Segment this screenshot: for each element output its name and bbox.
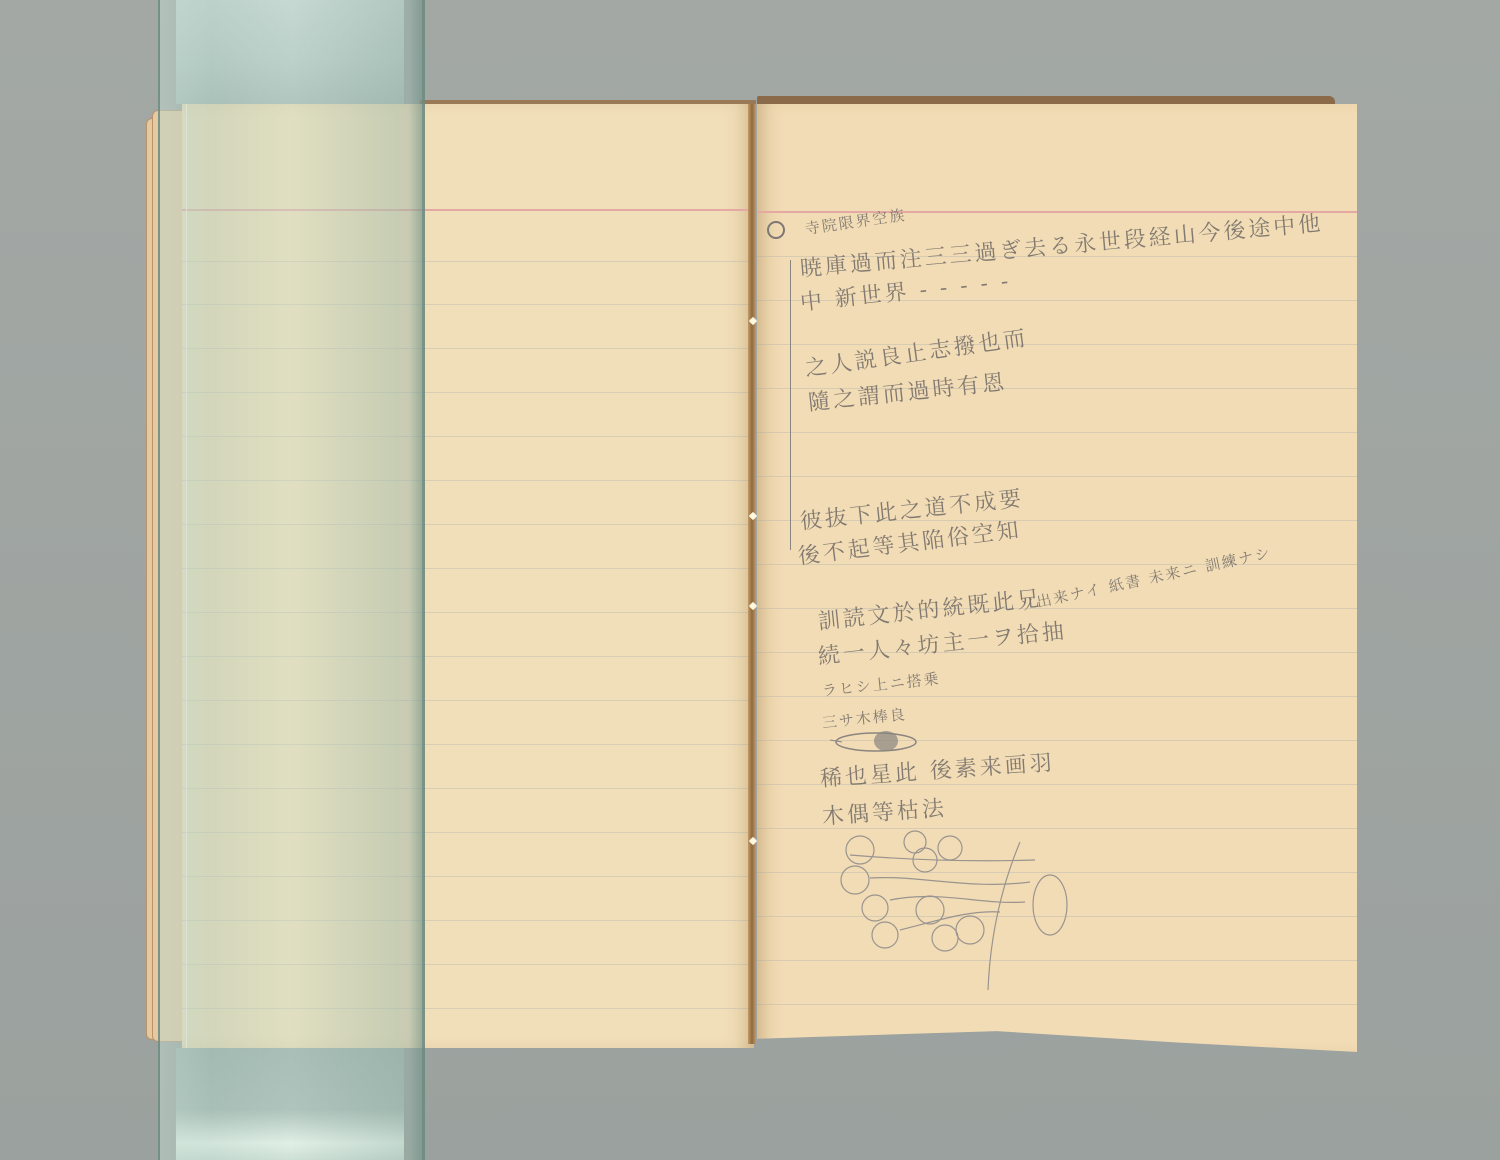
glass-weight-bar (158, 0, 425, 1160)
book-spine (748, 104, 756, 1044)
tree-branch-sketch (830, 830, 1070, 990)
bracket-line (790, 260, 791, 550)
insect-sketch (828, 726, 928, 758)
circle-marker (767, 221, 785, 239)
